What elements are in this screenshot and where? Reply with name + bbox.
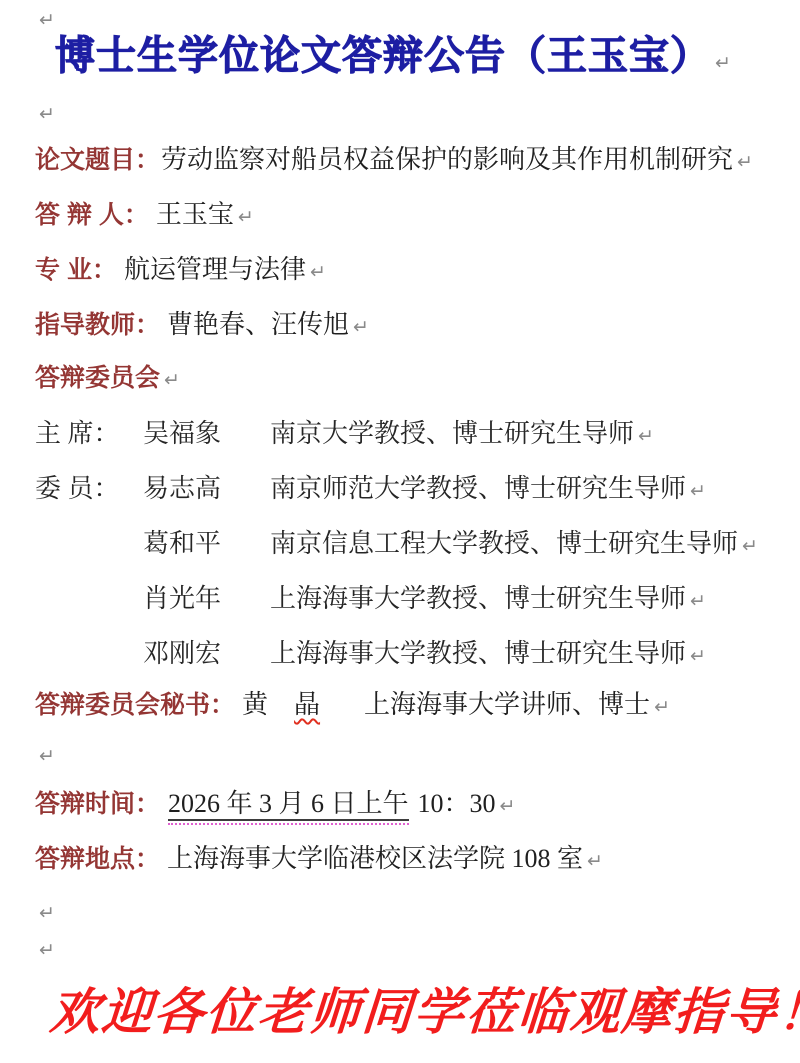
secretary-name-spellcheck: 晶 — [294, 690, 320, 719]
defense-venue-value: 上海海事大学临港校区法学院 108 室 — [167, 844, 583, 873]
member-name: 吴福象 — [143, 416, 270, 452]
welcome-banner: 欢迎各位老师同学莅临观摩指导！ — [48, 980, 800, 1044]
committee-heading-line: 答辩委员会↵ — [35, 360, 180, 398]
paragraph-mark-icon: ↵ — [238, 199, 254, 235]
field-value: 劳动监察对船员权益保护的影响及其作用机制研究 — [161, 145, 733, 174]
member-name: 易志高 — [143, 471, 270, 507]
member-affiliation: 上海海事大学教授、博士研究生导师 — [270, 584, 686, 613]
paragraph-mark-icon: ↵ — [310, 254, 326, 290]
page-title: 博士生学位论文答辩公告（王玉宝） — [55, 33, 711, 79]
paragraph-mark-icon: ↵ — [39, 895, 55, 931]
field-label: 专 业： — [35, 256, 117, 284]
paragraph-mark-icon: ↵ — [737, 144, 753, 180]
paragraph-mark-icon: ↵ — [500, 788, 516, 824]
empty-paragraph: ↵ — [35, 94, 55, 132]
member-affiliation: 南京师范大学教授、博士研究生导师 — [270, 474, 686, 503]
welcome-banner-line: 欢迎各位老师同学莅临观摩指导！↵ — [50, 980, 800, 1044]
defense-date-underlined: 2026 年 3 月 6 日上午 — [168, 789, 409, 821]
paragraph-mark-icon: ↵ — [39, 932, 55, 968]
empty-paragraph: ↵ — [35, 930, 55, 968]
field-label: 指导教师： — [35, 311, 160, 339]
member-affiliation: 南京大学教授、博士研究生导师 — [270, 419, 634, 448]
empty-paragraph: ↵ — [35, 736, 55, 774]
field-label: 论文题目： — [35, 146, 160, 174]
secretary-label: 答辩委员会秘书： — [35, 691, 235, 719]
committee-heading: 答辩委员会 — [35, 364, 160, 392]
field-defender: 答 辩 人：王玉宝↵ — [35, 197, 254, 235]
paragraph-mark-icon: ↵ — [654, 689, 670, 725]
member-affiliation: 上海海事大学教授、博士研究生导师 — [270, 639, 686, 668]
committee-row: 主 席：吴福象南京大学教授、博士研究生导师↵ — [35, 416, 654, 454]
field-major: 专 业：航运管理与法律↵ — [35, 252, 326, 290]
committee-row: 委 员：易志高南京师范大学教授、博士研究生导师↵ — [35, 471, 706, 509]
committee-row: 葛和平南京信息工程大学教授、博士研究生导师↵ — [35, 526, 758, 564]
member-affiliation: 南京信息工程大学教授、博士研究生导师 — [270, 529, 738, 558]
defense-venue-line: 答辩地点：上海海事大学临港校区法学院 108 室↵ — [35, 841, 603, 879]
secretary-line: 答辩委员会秘书：黄晶上海海事大学讲师、博士↵ — [35, 687, 670, 725]
paragraph-mark-icon: ↵ — [39, 738, 55, 774]
paragraph-mark-icon: ↵ — [164, 362, 180, 398]
secretary-name: 黄 — [242, 690, 268, 719]
secretary-affiliation: 上海海事大学讲师、博士 — [364, 690, 650, 719]
paragraph-mark-icon: ↵ — [39, 96, 55, 132]
field-supervisors: 指导教师：曹艳春、汪传旭↵ — [35, 307, 369, 345]
member-name: 葛和平 — [143, 526, 270, 562]
member-role: 主 席： — [35, 416, 143, 452]
paragraph-mark-icon: ↵ — [742, 528, 758, 564]
member-role: 委 员： — [35, 471, 143, 507]
document-page: ↵ 博士生学位论文答辩公告（王玉宝）↵ ↵ 论文题目：劳动监察对船员权益保护的影… — [0, 0, 800, 1063]
paragraph-mark-icon: ↵ — [39, 2, 55, 38]
defense-time-value: 10：30 — [418, 789, 496, 818]
paragraph-mark-icon: ↵ — [353, 309, 369, 345]
paragraph-mark-icon: ↵ — [690, 473, 706, 509]
paragraph-mark-icon: ↵ — [715, 45, 731, 81]
empty-paragraph: ↵ — [35, 893, 55, 931]
paragraph-mark-icon: ↵ — [690, 638, 706, 674]
member-name: 邓刚宏 — [143, 636, 270, 672]
defense-time-line: 答辩时间：2026 年 3 月 6 日上午10：30↵ — [35, 786, 515, 824]
field-thesis-title: 论文题目：劳动监察对船员权益保护的影响及其作用机制研究↵ — [35, 142, 753, 180]
committee-row: 邓刚宏上海海事大学教授、博士研究生导师↵ — [35, 636, 706, 674]
defense-time-label: 答辩时间： — [35, 790, 160, 818]
member-name: 肖光年 — [143, 581, 270, 617]
field-label: 答 辩 人： — [35, 201, 149, 229]
field-value: 王玉宝 — [156, 200, 234, 229]
defense-venue-label: 答辩地点： — [35, 845, 160, 873]
paragraph-mark-icon: ↵ — [587, 843, 603, 879]
paragraph-mark-icon: ↵ — [690, 583, 706, 619]
field-value: 曹艳春、汪传旭 — [167, 310, 349, 339]
title-line: 博士生学位论文答辩公告（王玉宝）↵ — [55, 28, 731, 84]
committee-row: 肖光年上海海事大学教授、博士研究生导师↵ — [35, 581, 706, 619]
empty-paragraph: ↵ — [35, 0, 55, 38]
paragraph-mark-icon: ↵ — [638, 418, 654, 454]
field-value: 航运管理与法律 — [124, 255, 306, 284]
